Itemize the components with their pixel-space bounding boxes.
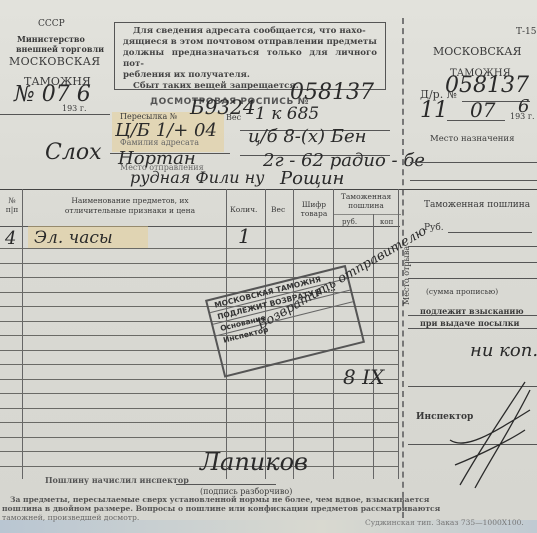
customs-receipt-document: СССР Министерство внешней торговли МОСКО… (0, 0, 537, 533)
year-hw: 6 (518, 96, 529, 117)
notice-line: Для сведения адресата сообщается, что на… (115, 26, 385, 37)
table-row-line (0, 393, 398, 394)
col-header-weight: Вес (271, 205, 285, 215)
right-office-line1: МОСКОВСКАЯ (433, 47, 521, 57)
table-row-line (0, 379, 398, 380)
sum-words-label: (сумма прописью) (426, 287, 498, 297)
left-word-hw: Слох (45, 140, 102, 165)
parcel-number-hw: Б9324 (190, 95, 256, 119)
address-line1-hw: ц/б 8-(х) Бен (248, 126, 367, 147)
duty-line (408, 328, 537, 329)
col-header-num: № п|п (4, 196, 20, 214)
rub-line (448, 232, 532, 233)
table-row-line (0, 263, 398, 264)
col-divider (398, 189, 399, 479)
col-header-kop: коп (380, 217, 393, 227)
divider (0, 114, 110, 115)
notice-line: должны предназначаться только для личног… (115, 48, 385, 70)
date-month-hw: 07 (470, 98, 495, 122)
signature-line (176, 484, 276, 485)
parcel-code-hw: Ц/Б 1/+ 04 (115, 120, 217, 141)
dest-line (410, 180, 537, 181)
row-qty-hw: 1 (238, 224, 251, 248)
collect-line2: при выдаче посылки (420, 318, 519, 328)
stamp-date-hw: 8 IX (343, 365, 384, 389)
row-name-hw: Эл. часы (34, 228, 113, 248)
signature-hw: Лапиков (200, 448, 308, 476)
office-line1: МОСКОВСКАЯ (9, 57, 100, 67)
duty-subheader-line (333, 214, 401, 215)
date-day-hw: 11 (420, 98, 448, 123)
weight-hw: 1 к 685 (255, 104, 319, 124)
address-line3-hw: Рощин (280, 168, 344, 189)
duty-line (408, 315, 537, 316)
col-header-duty: Таможенная пошлина (336, 192, 396, 210)
left-year-label: 193 г. (62, 104, 87, 114)
duty-line (408, 246, 537, 247)
tear-place-label: Место отрыва (402, 246, 411, 305)
notice-line: дящиеся в этом почтовом отправлении пред… (115, 37, 385, 48)
ministry-line2: внешней торговли (16, 44, 104, 54)
col-header-qty: Колич. (230, 205, 257, 215)
table-row-line (0, 451, 398, 452)
table-row-line (0, 437, 398, 438)
col-divider (22, 189, 23, 479)
recipient-hw: Нортан (118, 148, 196, 169)
duty-line (408, 262, 537, 263)
destination-label: Место назначения (430, 134, 514, 144)
duty-line (408, 278, 537, 279)
table-row-line (0, 408, 398, 409)
table-row-line (0, 364, 398, 365)
amount-hw: ни коп. (470, 340, 537, 361)
form-code: Т-15 (516, 27, 537, 37)
country-label: СССР (38, 19, 65, 29)
table-row-line (0, 248, 398, 249)
footer-inspector-label: Пошлину начислил инспектор (45, 475, 189, 485)
col-header-name: Наименование предметов, их отличительные… (40, 196, 220, 216)
table-row-line (0, 350, 398, 351)
col-header-rub: руб. (342, 217, 357, 227)
footer-note-line3: таможней, произведшей досмотр. (2, 513, 139, 523)
print-info: Суджинская тип. Заказ 735—1000Х100. (365, 518, 524, 528)
ministry-line1: Министерство (17, 34, 85, 44)
receipt-number-hw: 058137 (290, 80, 374, 105)
duty-title: Таможенная пошлина (424, 200, 530, 210)
destination-hw: рудная Фили ну (130, 168, 264, 187)
dest-line (410, 162, 537, 163)
col-header-code: Шифр товара (298, 200, 330, 218)
table-top-border (0, 189, 537, 190)
table-row-line (0, 422, 398, 423)
table-row-line (0, 466, 398, 467)
ref-value-hw: 058137 (445, 73, 529, 98)
inspector-signature (430, 380, 537, 490)
date-line (447, 120, 505, 121)
row-num-hw: 4 (5, 228, 16, 249)
